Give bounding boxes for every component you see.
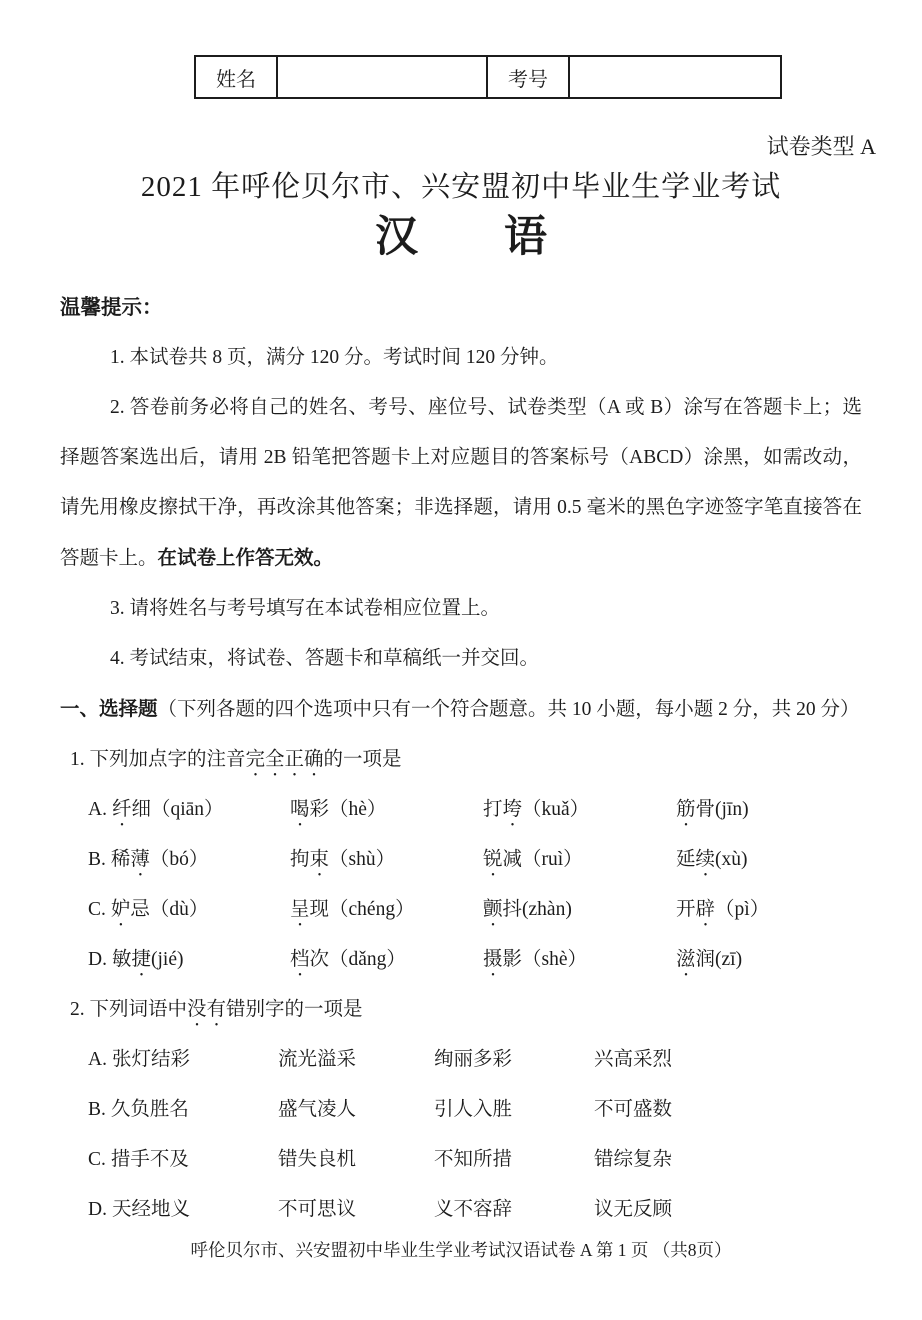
section-1-label: 一、选择题: [60, 698, 158, 720]
notice-item-3: 3. 请将姓名与考号填写在本试卷相应位置上。: [60, 584, 862, 634]
option-word: 纤细（qiān）: [112, 799, 224, 820]
section-1-desc: （下列各题的四个选项中只有一个符合题意。共 10 小题，每小题 2 分，共 20…: [158, 699, 860, 720]
exam-paper-page: 姓名 考号 试卷类型 A 2021 年呼伦贝尔市、兴安盟初中毕业生学业考试 汉 …: [0, 0, 922, 1320]
option-word: 摄影（shè）: [483, 935, 676, 985]
option-cell: A.纤细（qiān）: [88, 785, 290, 835]
candidate-info-table: 姓名 考号: [194, 55, 782, 99]
question-1-stem: 1. 下列加点字的注音完全正确的一项是: [60, 735, 862, 785]
option-word: 义不容辞: [434, 1185, 594, 1235]
notice-item-1: 1. 本试卷共 8 页，满分 120 分。考试时间 120 分钟。: [60, 333, 862, 383]
option-word: 敏捷(jié): [112, 949, 184, 970]
option-word: 拘束（shù）: [290, 835, 483, 885]
option-word: 流光溢采: [278, 1035, 434, 1085]
option-cell: B.久负胜名: [88, 1085, 278, 1135]
question-1-option-row-b: B.稀薄（bó） 拘束（shù） 锐减（ruì） 延续(xù): [60, 835, 862, 885]
option-word: 稀薄（bó）: [111, 849, 209, 870]
question-2-option-row-a: A.张灯结彩 流光溢采 绚丽多彩 兴高采烈: [60, 1035, 862, 1085]
option-cell: D.敏捷(jié): [88, 935, 290, 985]
question-1-option-row-d: D.敏捷(jié) 档次（dǎng） 摄影（shè） 滋润(zī): [60, 935, 862, 985]
notice-item-4: 4. 考试结束，将试卷、答题卡和草稿纸一并交回。: [60, 634, 862, 684]
question-1-option-row-c: C.妒忌（dù） 呈现（chéng） 颤抖(zhàn) 开辟（pì）: [60, 885, 862, 935]
question-2-stem: 2. 下列词语中没有错别字的一项是: [60, 985, 862, 1035]
section-1-heading: 一、选择题（下列各题的四个选项中只有一个符合题意。共 10 小题，每小题 2 分…: [60, 684, 862, 735]
notice-item-2-bold: 在试卷上作答无效。: [158, 547, 334, 569]
option-word: 措手不及: [111, 1149, 189, 1170]
option-word: 错综复杂: [594, 1135, 862, 1185]
paper-type-label: 试卷类型 A: [767, 130, 876, 161]
option-cell: C.妒忌（dù）: [88, 885, 290, 935]
name-input-cell: [277, 56, 487, 98]
notice-heading: 温馨提示：: [60, 283, 862, 333]
page-footer: 呼伦贝尔市、兴安盟初中毕业生学业考试汉语试卷 A 第 1 页 （共8页）: [0, 1237, 922, 1262]
option-word: 打垮（kuǎ）: [483, 785, 676, 835]
exam-title: 2021 年呼伦贝尔市、兴安盟初中毕业生学业考试: [0, 164, 922, 205]
question-2-option-row-c: C.措手不及 错失良机 不知所措 错综复杂: [60, 1135, 862, 1185]
option-word: 锐减（ruì）: [483, 835, 676, 885]
option-letter: C.: [88, 899, 106, 920]
name-label: 姓名: [195, 56, 277, 98]
option-word: 张灯结彩: [112, 1049, 190, 1070]
option-word: 呈现（chéng）: [290, 885, 483, 935]
option-word: 议无反顾: [594, 1185, 862, 1235]
question-2-option-row-d: D.天经地义 不可思议 义不容辞 议无反顾: [60, 1185, 862, 1235]
option-word: 筋骨(jīn): [676, 785, 862, 835]
option-letter: D.: [88, 949, 107, 970]
option-word: 不知所措: [434, 1135, 594, 1185]
option-cell: A.张灯结彩: [88, 1035, 278, 1085]
option-word: 妒忌（dù）: [111, 899, 209, 920]
option-word: 滋润(zī): [676, 935, 862, 985]
option-letter: A.: [88, 799, 107, 820]
question-1-option-row-a: A.纤细（qiān） 喝彩（hè） 打垮（kuǎ） 筋骨(jīn): [60, 785, 862, 835]
option-word: 兴高采烈: [594, 1035, 862, 1085]
subject-title: 汉 语: [0, 203, 922, 264]
option-letter: A.: [88, 1049, 107, 1070]
option-letter: B.: [88, 849, 106, 870]
option-word: 不可思议: [278, 1185, 434, 1235]
option-word: 引人入胜: [434, 1085, 594, 1135]
option-word: 颤抖(zhàn): [483, 885, 676, 935]
option-cell: C.措手不及: [88, 1135, 278, 1185]
option-word: 盛气凌人: [278, 1085, 434, 1135]
option-word: 久负胜名: [111, 1099, 189, 1120]
option-word: 绚丽多彩: [434, 1035, 594, 1085]
option-letter: D.: [88, 1199, 107, 1220]
option-word: 延续(xù): [676, 835, 862, 885]
question-2-option-row-b: B.久负胜名 盛气凌人 引人入胜 不可盛数: [60, 1085, 862, 1135]
exam-number-label: 考号: [487, 56, 569, 98]
option-cell: B.稀薄（bó）: [88, 835, 290, 885]
notice-item-2: 2. 答卷前务必将自己的姓名、考号、座位号、试卷类型（A 或 B）涂写在答题卡上…: [60, 383, 862, 584]
option-word: 喝彩（hè）: [290, 785, 483, 835]
page-body: 温馨提示： 1. 本试卷共 8 页，满分 120 分。考试时间 120 分钟。 …: [60, 283, 862, 1235]
option-word: 不可盛数: [594, 1085, 862, 1135]
candidate-info-row: 姓名 考号: [195, 56, 781, 98]
notice-item-2-text: 2. 答卷前务必将自己的姓名、考号、座位号、试卷类型（A 或 B）涂写在答题卡上…: [60, 397, 862, 569]
option-letter: C.: [88, 1149, 106, 1170]
option-word: 档次（dǎng）: [290, 935, 483, 985]
option-word: 天经地义: [112, 1199, 190, 1220]
option-word: 错失良机: [278, 1135, 434, 1185]
option-letter: B.: [88, 1099, 106, 1120]
option-cell: D.天经地义: [88, 1185, 278, 1235]
option-word: 开辟（pì）: [676, 885, 862, 935]
exam-number-input-cell: [569, 56, 781, 98]
